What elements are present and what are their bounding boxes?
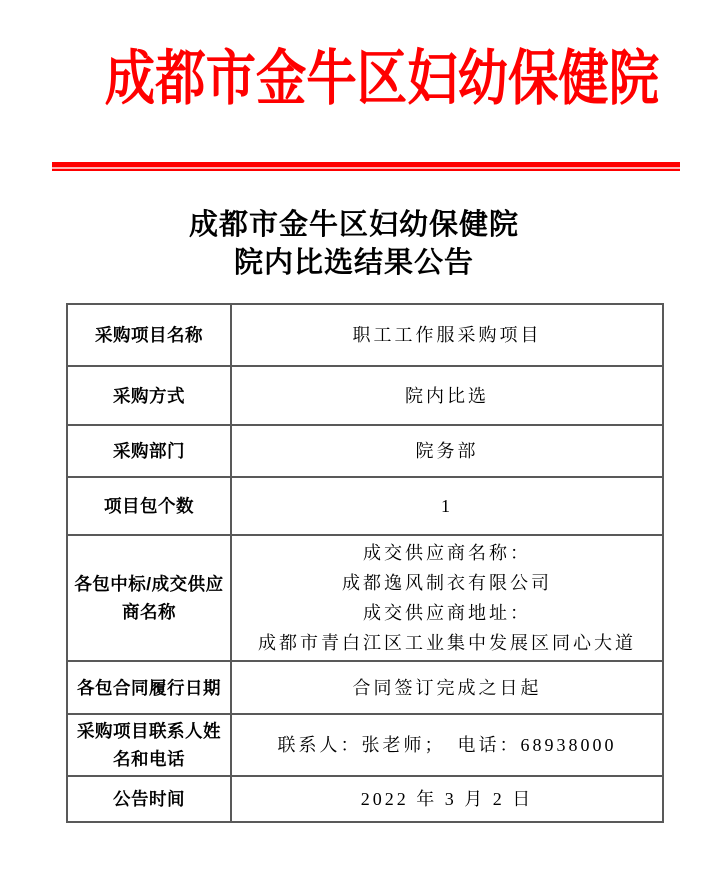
row-value: 院内比选 — [231, 366, 663, 425]
letterhead-divider-line — [52, 162, 680, 171]
hospital-letterhead: 成都市金牛区妇幼保健院 — [52, 46, 680, 112]
supplier-name-caption: 成交供应商名称： — [240, 538, 654, 568]
row-value: 职工工作服采购项目 — [231, 304, 663, 366]
document-title: 成都市金牛区妇幼保健院 院内比选结果公告 — [0, 206, 708, 282]
table-row-project-name: 采购项目名称 职工工作服采购项目 — [67, 304, 663, 366]
row-label: 项目包个数 — [67, 477, 231, 535]
document-title-line2: 院内比选结果公告 — [0, 244, 708, 282]
announcement-table: 采购项目名称 职工工作服采购项目 采购方式 院内比选 采购部门 院务部 项目包个… — [66, 303, 664, 823]
row-value: 联系人：张老师； 电话：68938000 — [231, 714, 663, 776]
table-row-contract-date: 各包合同履行日期 合同签订完成之日起 — [67, 661, 663, 714]
row-label: 公告时间 — [67, 776, 231, 822]
table-row-announcement-time: 公告时间 2022 年 3 月 2 日 — [67, 776, 663, 822]
table-row-procurement-department: 采购部门 院务部 — [67, 425, 663, 477]
row-value: 1 — [231, 477, 663, 535]
row-value: 院务部 — [231, 425, 663, 477]
document-title-line1: 成都市金牛区妇幼保健院 — [0, 206, 708, 244]
row-label: 采购项目联系人姓名和电话 — [67, 714, 231, 776]
row-label: 采购方式 — [67, 366, 231, 425]
table-row-package-count: 项目包个数 1 — [67, 477, 663, 535]
supplier-name: 成都逸风制衣有限公司 — [240, 568, 654, 598]
table-row-procurement-method: 采购方式 院内比选 — [67, 366, 663, 425]
row-value: 合同签订完成之日起 — [231, 661, 663, 714]
supplier-address: 成都市青白江区工业集中发展区同心大道 — [240, 628, 654, 658]
row-label: 各包合同履行日期 — [67, 661, 231, 714]
row-label: 各包中标/成交供应商名称 — [67, 535, 231, 661]
hospital-name: 成都市金牛区妇幼保健院 — [105, 46, 659, 112]
row-value: 2022 年 3 月 2 日 — [231, 776, 663, 822]
table-row-contact-person: 采购项目联系人姓名和电话 联系人：张老师； 电话：68938000 — [67, 714, 663, 776]
row-label: 采购部门 — [67, 425, 231, 477]
supplier-address-caption: 成交供应商地址： — [240, 598, 654, 628]
table-row-winning-supplier: 各包中标/成交供应商名称 成交供应商名称： 成都逸风制衣有限公司 成交供应商地址… — [67, 535, 663, 661]
row-value: 成交供应商名称： 成都逸风制衣有限公司 成交供应商地址： 成都市青白江区工业集中… — [231, 535, 663, 661]
row-label: 采购项目名称 — [67, 304, 231, 366]
